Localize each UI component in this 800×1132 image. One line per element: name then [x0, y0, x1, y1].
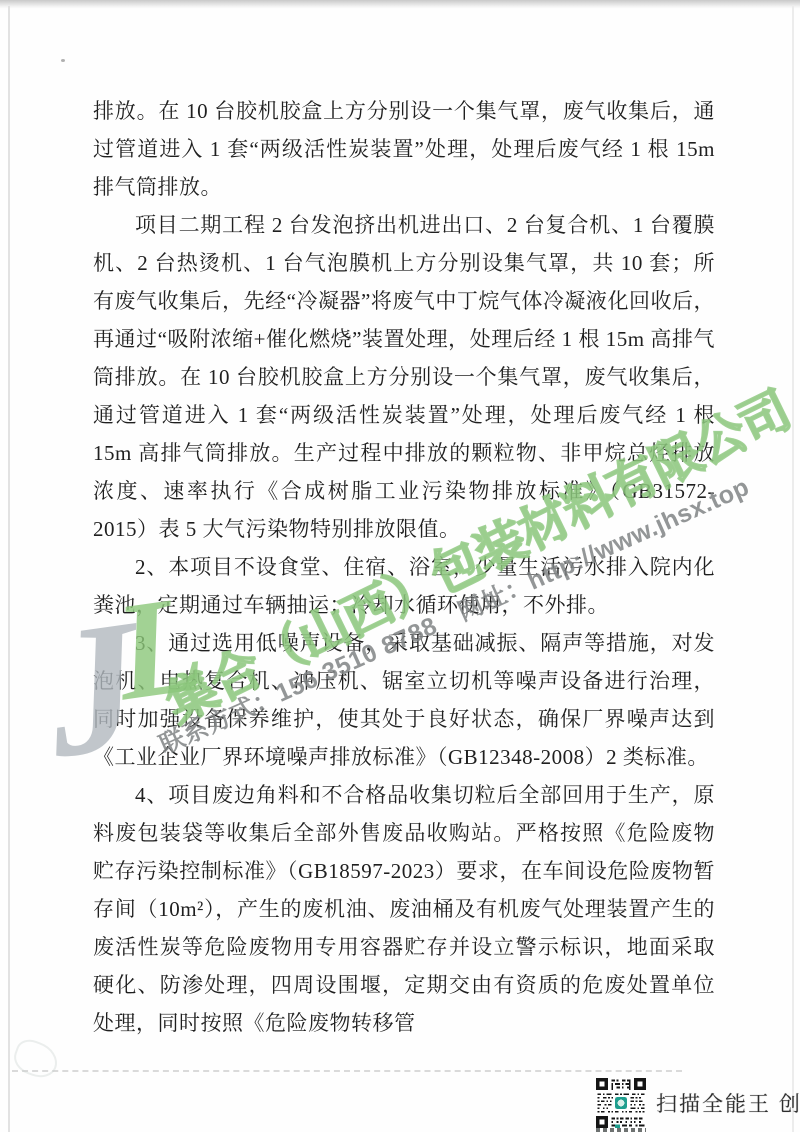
body-paragraph-3: 2、本项目不设食堂、住宿、浴室，少量生活污水排入院内化粪池，定期通过车辆抽运；冷…	[93, 548, 715, 624]
qr-bottom-label	[596, 1128, 646, 1132]
body-paragraph-1: 排放。在 10 台胶机胶盒上方分别设一个集气罩，废气收集后，通过管道进入 1 套…	[93, 92, 715, 206]
body-paragraph-4: 3、通过选用低噪声设备，采取基础减振、隔声等措施，对发泡机、电热复合机、冲压机、…	[93, 624, 715, 776]
document-page: 排放。在 10 台胶机胶盒上方分别设一个集气罩，废气收集后，通过管道进入 1 套…	[0, 0, 800, 1132]
scan-artifact-smudge	[10, 1036, 63, 1083]
document-text-block: 排放。在 10 台胶机胶盒上方分别设一个集气罩，废气收集后，通过管道进入 1 套…	[93, 92, 715, 1042]
scan-artifact-dot	[61, 59, 65, 62]
scan-edge-right	[792, 6, 794, 1132]
qr-code-wrap	[596, 1078, 646, 1128]
scanner-stamp: 扫描全能王 创建	[596, 1078, 800, 1128]
body-paragraph-5: 4、项目废边角料和不合格品收集切粒后全部回用于生产，原料废包装袋等收集后全部外售…	[93, 776, 715, 1042]
scan-edge-top	[0, 0, 800, 9]
body-paragraph-2: 项目二期工程 2 台发泡挤出机进出口、2 台复合机、1 台覆膜机、2 台热烫机、…	[93, 206, 715, 548]
qr-code-icon	[596, 1078, 646, 1128]
scan-artifact-line	[12, 1070, 682, 1072]
scan-edge-left	[8, 6, 10, 1132]
scanner-caption: 扫描全能王 创建	[656, 1088, 800, 1118]
